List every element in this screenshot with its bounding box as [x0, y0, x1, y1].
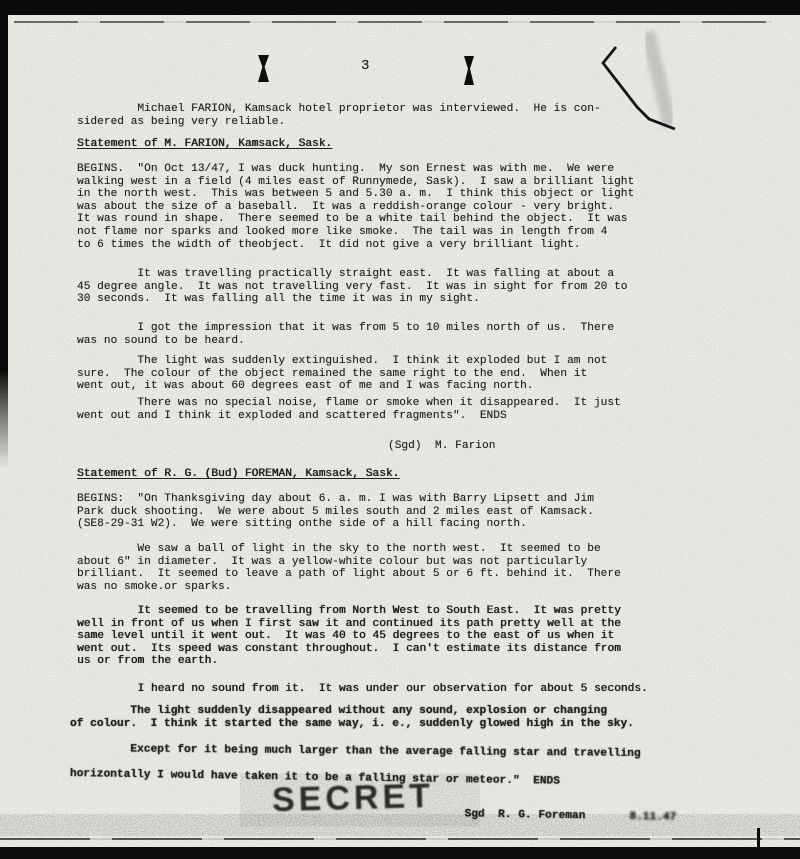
paragraph: BEGINS: "On Thanksgiving day about 6. a.…: [77, 493, 594, 531]
signature-line: Sgd R. G. Foreman8.11.47: [437, 795, 676, 837]
ink-mark-icon: [258, 55, 269, 82]
paragraph: It seemed to be travelling from North We…: [77, 605, 621, 668]
paragraph: It was travelling practically straight e…: [77, 268, 628, 306]
page-number: 3: [361, 58, 369, 74]
ink-mark-icon: [464, 56, 474, 85]
fold-crease-mark: [560, 20, 700, 170]
statement-1-heading: Statement of M. FARION, Kamsack, Sask.: [77, 138, 332, 151]
paragraph: BEGINS. "On Oct 13/47, I was duck huntin…: [77, 163, 634, 251]
signature-foreman: Sgd R. G. Foreman: [464, 808, 585, 822]
statement-2-heading: Statement of R. G. (Bud) FOREMAN, Kamsac…: [77, 468, 399, 481]
paragraph: We saw a ball of light in the sky to the…: [77, 543, 621, 593]
paragraph: I heard no sound from it. It was under o…: [77, 683, 648, 696]
paragraph: The light was suddenly extinguished. I t…: [77, 355, 607, 393]
scanned-document-page: 3 Michael FARION, Kamsack hotel propriet…: [0, 0, 800, 859]
paragraph: The light suddenly disappeared without a…: [70, 705, 634, 730]
intro-paragraph: Michael FARION, Kamsack hotel proprietor…: [77, 103, 601, 128]
paragraph: I got the impression that it was from 5 …: [77, 322, 614, 347]
signature-date: 8.11.47: [629, 811, 676, 824]
signature-farion: (Sgd) M. Farion: [388, 440, 495, 453]
scan-top-rule: [14, 21, 772, 23]
paragraph: There was no special noise, flame or smo…: [77, 397, 621, 422]
paragraph: Except for it being much larger than the…: [70, 743, 641, 761]
scan-bottom-edge: [0, 847, 800, 859]
scan-top-edge: [0, 0, 800, 15]
scan-bottom-right-mark: [757, 828, 760, 859]
scan-bottom-rule: [0, 838, 800, 840]
secret-classification-stamp: SECRET: [272, 776, 435, 820]
scan-left-edge: [0, 0, 8, 470]
